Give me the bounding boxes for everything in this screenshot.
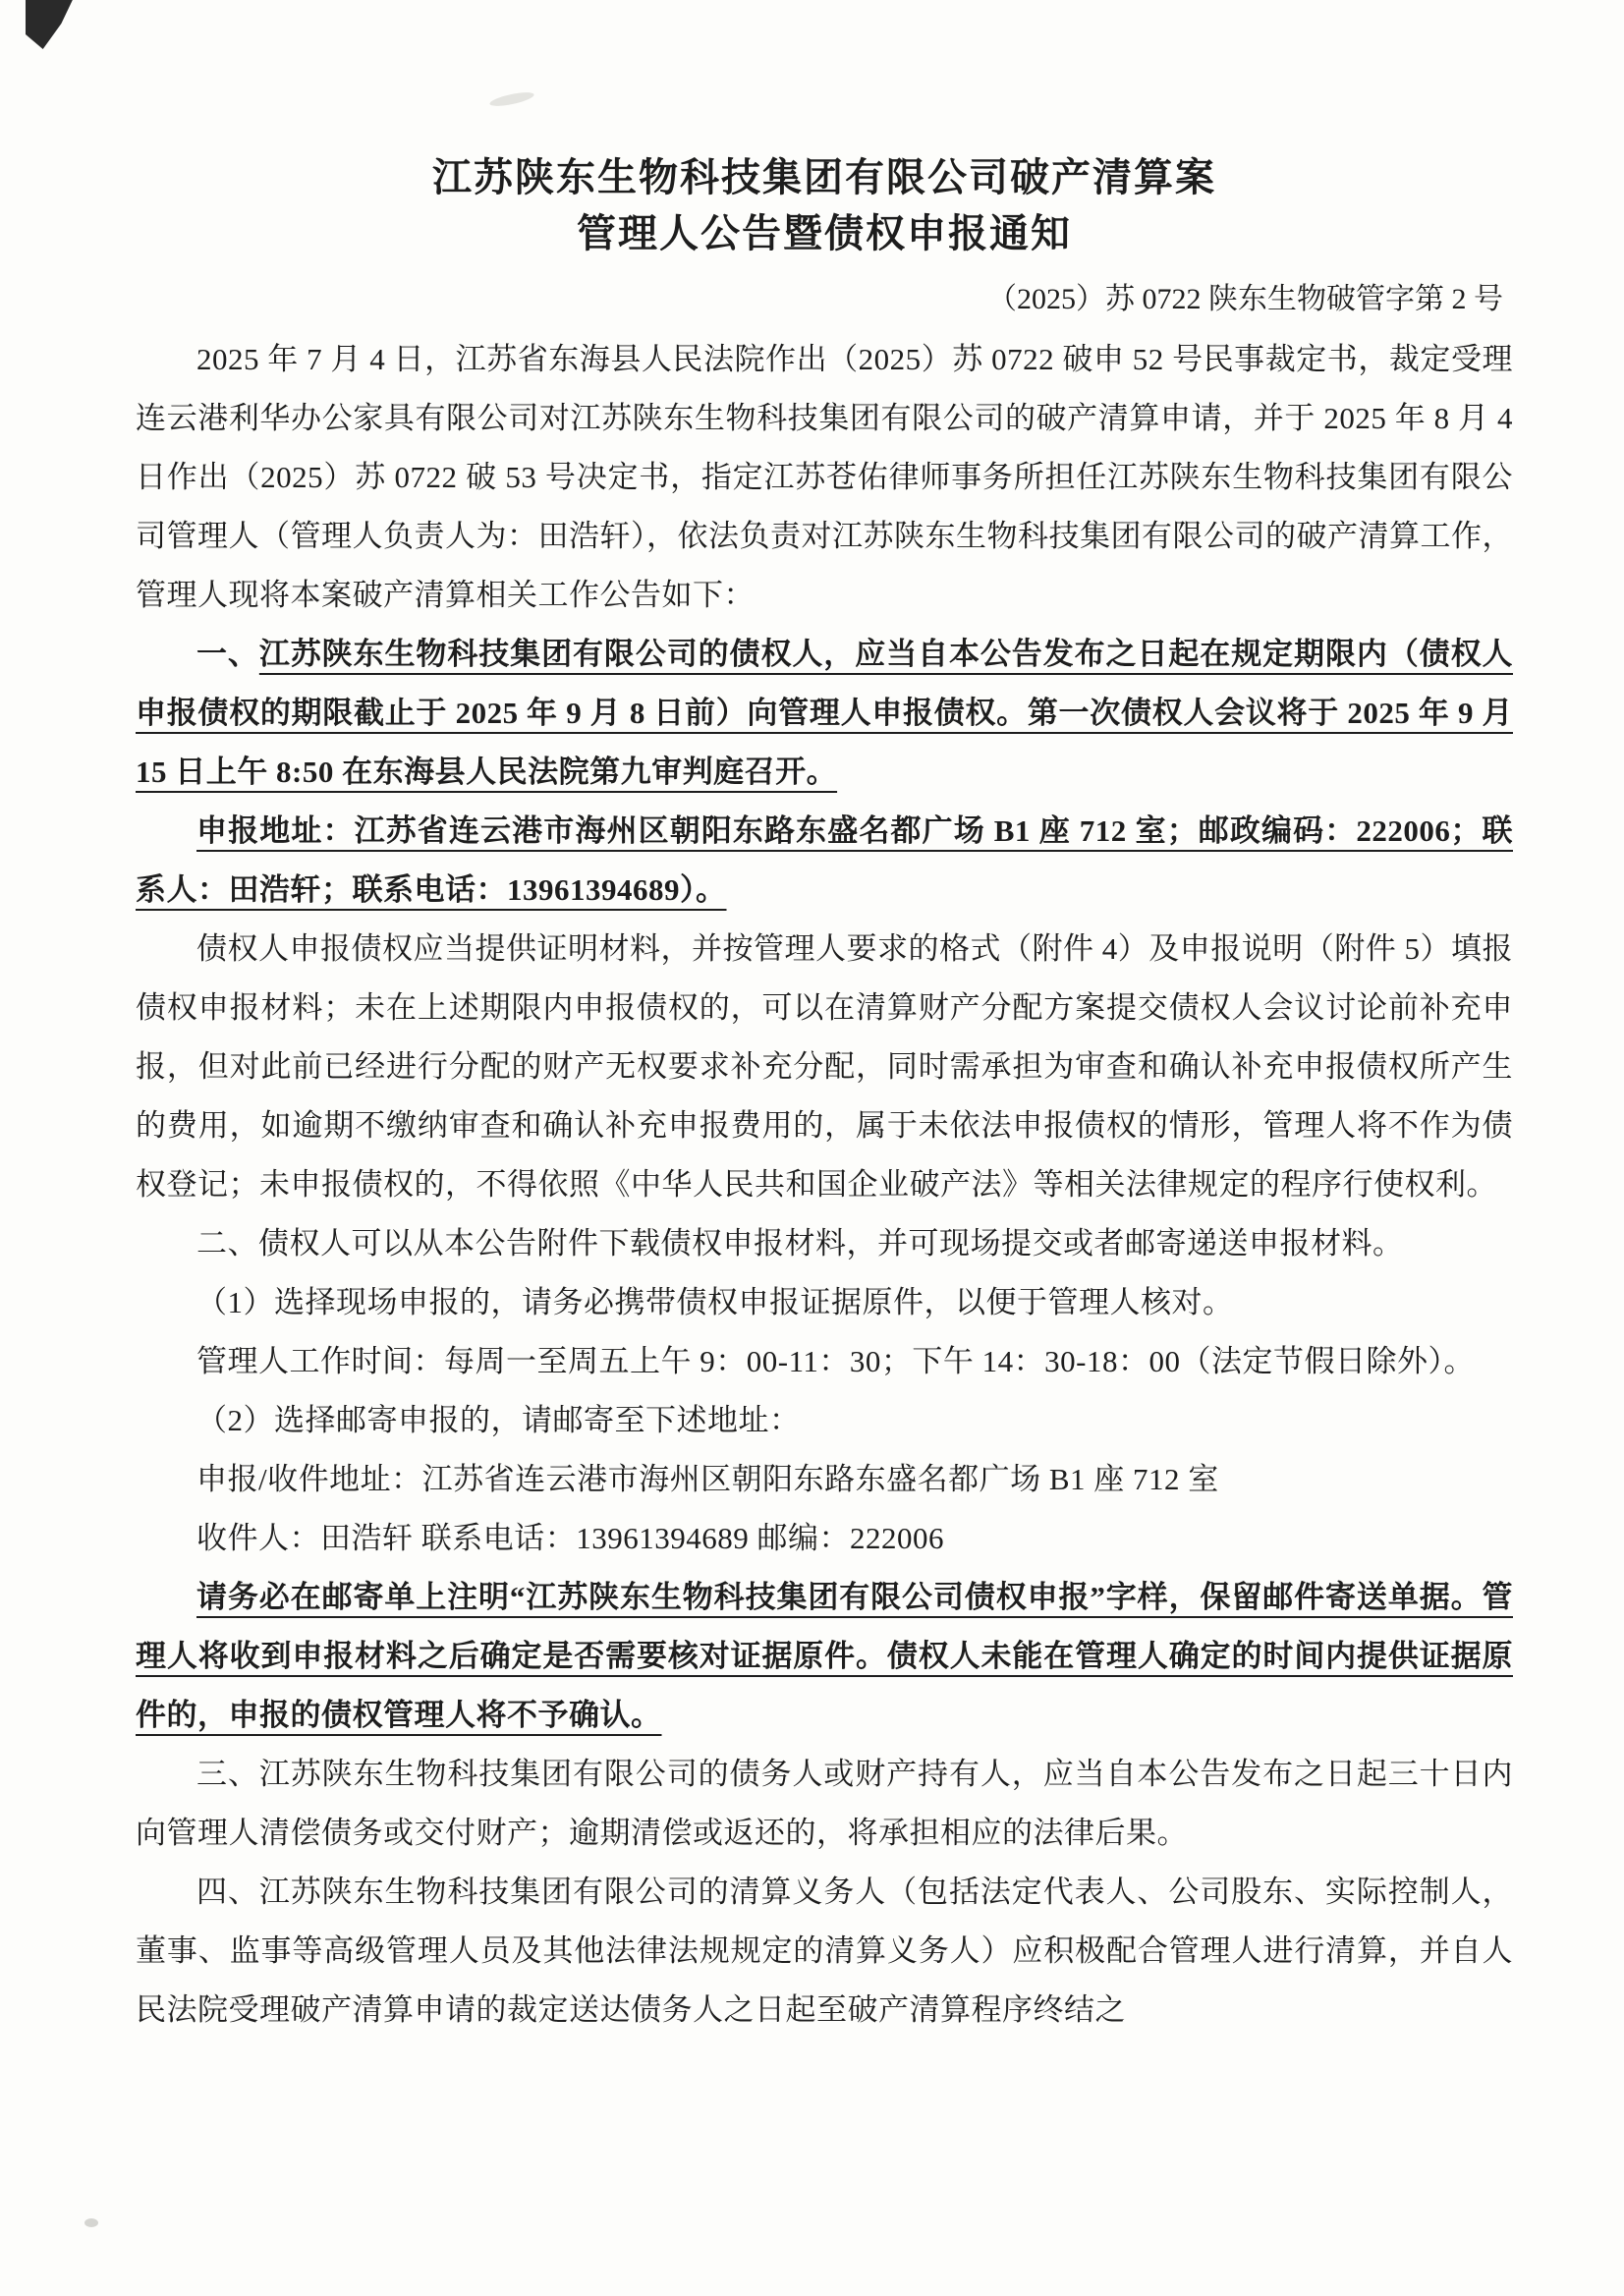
scan-speck [84,2218,98,2227]
case-number: （2025）苏 0722 陕东生物破管字第 2 号 [136,269,1513,330]
mail-notice-text: 请务必在邮寄单上注明“江苏陕东生物科技集团有限公司债权申报”字样，保留邮件寄送单… [136,1580,1513,1732]
doc-title-line2: 管理人公告暨债权申报通知 [136,205,1513,261]
section-1-number: 一、 [196,637,259,671]
materials-paragraph: 债权人申报债权应当提供证明材料，并按管理人要求的格式（附件 4）及申报说明（附件… [136,920,1513,1214]
section-1: 一、江苏陕东生物科技集团有限公司的债权人，应当自本公告发布之日起在规定期限内（债… [136,625,1513,802]
section-1-text: 江苏陕东生物科技集团有限公司的债权人，应当自本公告发布之日起在规定期限内（债权人… [136,637,1513,789]
intro-paragraph: 2025 年 7 月 4 日，江苏省东海县人民法院作出（2025）苏 0722 … [136,330,1513,625]
doc-title-line1: 江苏陕东生物科技集团有限公司破产清算案 [136,149,1513,205]
scanned-document-page: 江苏陕东生物科技集团有限公司破产清算案 管理人公告暨债权申报通知 （2025）苏… [0,0,1624,2296]
report-address-notice: 申报地址：江苏省连云港市海州区朝阳东路东盛名都广场 B1 座 712 室；邮政编… [136,802,1513,920]
recipient-line: 收件人：田浩轩 联系电话：13961394689 邮编：222006 [136,1509,1513,1568]
document-body: 江苏陕东生物科技集团有限公司破产清算案 管理人公告暨债权申报通知 （2025）苏… [136,149,1513,2040]
scan-smudge [488,89,534,108]
mail-notice-paragraph: 请务必在邮寄单上注明“江苏陕东生物科技集团有限公司债权申报”字样，保留邮件寄送单… [136,1568,1513,1745]
section-3: 三、江苏陕东生物科技集团有限公司的债务人或财产持有人，应当自本公告发布之日起三十… [136,1745,1513,1863]
scan-corner-artifact [26,0,77,49]
report-address-text: 申报地址：江苏省连云港市海州区朝阳东路东盛名都广场 B1 座 712 室；邮政编… [136,813,1513,907]
mail-option-line: （2）选择邮寄申报的，请邮寄至下述地址： [136,1391,1513,1450]
section-4: 四、江苏陕东生物科技集团有限公司的清算义务人（包括法定代表人、公司股东、实际控制… [136,1863,1513,2040]
section-2: 二、债权人可以从本公告附件下载债权申报材料，并可现场提交或者邮寄递送申报材料。 [136,1214,1513,1273]
mail-address-line: 申报/收件地址：江苏省连云港市海州区朝阳东路东盛名都广场 B1 座 712 室 [136,1450,1513,1509]
onsite-option-line: （1）选择现场申报的，请务必携带债权申报证据原件，以便于管理人核对。 [136,1273,1513,1332]
work-hours-line: 管理人工作时间：每周一至周五上午 9：00-11：30；下午 14：30-18：… [136,1332,1513,1391]
